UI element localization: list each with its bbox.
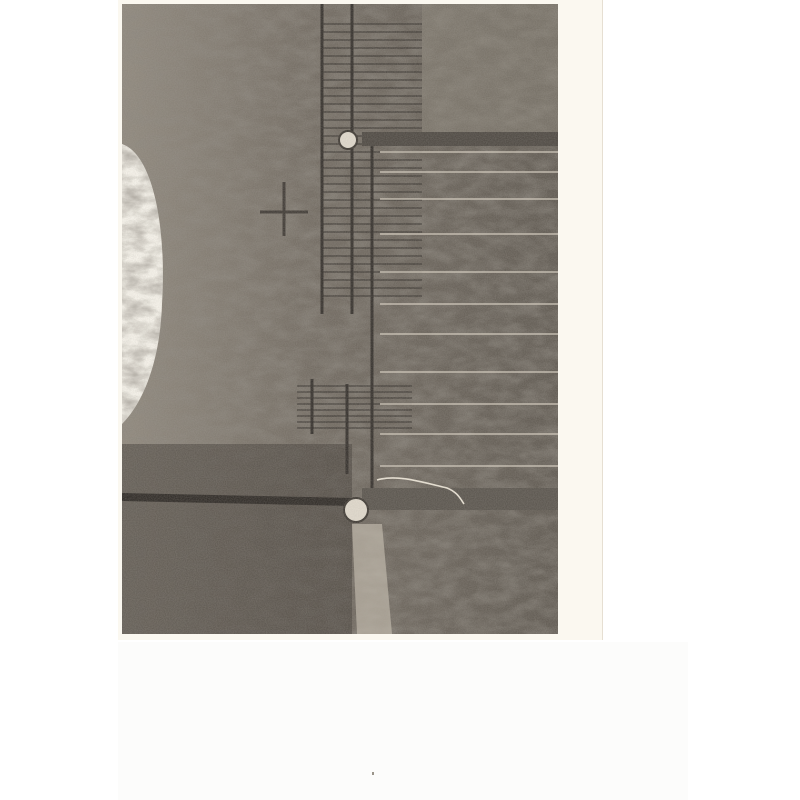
scanner-background <box>118 642 688 800</box>
vintage-photograph <box>122 4 558 634</box>
photo-scene <box>122 4 558 634</box>
dust-speck <box>372 772 374 775</box>
